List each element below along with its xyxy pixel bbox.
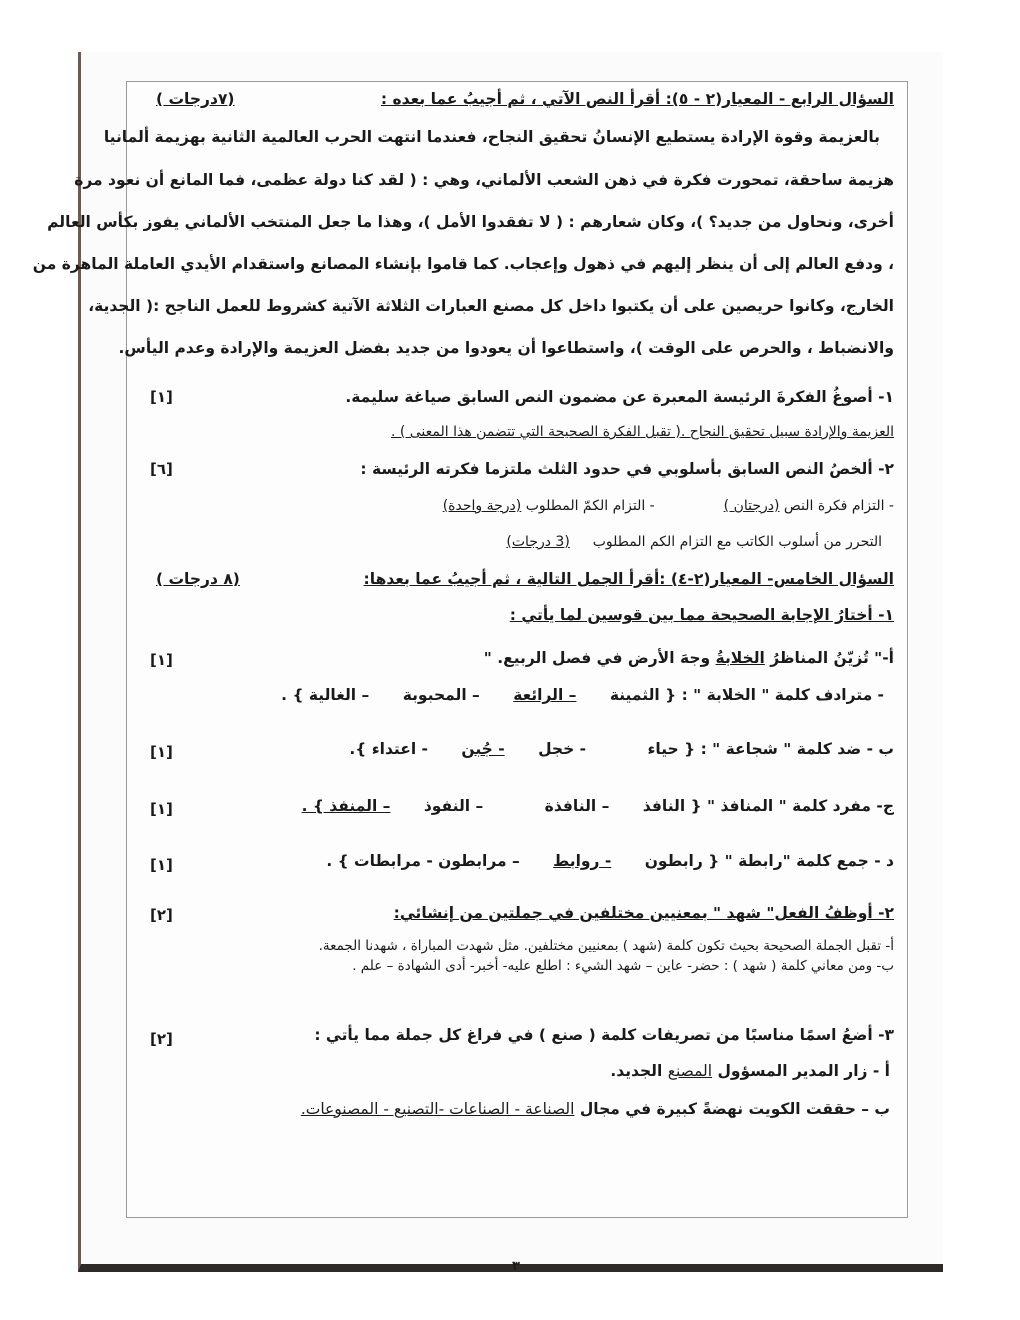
q5-degrees: (٨ درجات ) <box>156 570 240 588</box>
q5-item2-mark: [٢] <box>150 906 173 924</box>
passage-line-1: بالعزيمة وقوة الإرادة يستطيع الإنسانُ تح… <box>138 128 894 146</box>
option-correct: – المنفذ } . <box>302 797 391 815</box>
option: حياء <box>647 740 678 758</box>
q5-item1-b: ب - ضد كلمة " شجاعة " : { حياء - خجل - ج… <box>138 740 894 758</box>
option: – الغالية } . <box>281 686 369 704</box>
option: - خجل <box>538 740 586 758</box>
q4-item2-question: ٢- ألخصُ النص السابق بأسلوبي في حدود الث… <box>138 460 894 478</box>
option: - مرابطات } . <box>326 852 432 870</box>
options-label: ج- مفرد كلمة " المنافذ " { <box>691 797 894 815</box>
rubric-idea-label: - التزام فكرة النص <box>784 498 894 514</box>
sentence-pre: ب – حققت الكويت نهضةً كبيرة في مجال <box>574 1100 890 1118</box>
q4-item1-question: ١- أصوغُ الفكرةَ الرئيسة المعبرة عن مضمو… <box>138 388 894 406</box>
q5-item2-answer-a: أ- تقبل الجملة الصحيحة بحيث تكون كلمة (ش… <box>126 938 894 954</box>
q5-item1-d: د - جمع كلمة "رابطة " { رابطون - روابط –… <box>138 852 894 870</box>
q5-header: السؤال الخامس- المعيار(٢-٤) :أقرأ الجمل … <box>138 570 894 588</box>
answer-words: الصناعة - الصناعات -التصنيع - المصنوعات. <box>301 1100 575 1118</box>
q4-title: السؤال الرابع - المعيار(٢ - ٥): أقرأ الن… <box>381 90 894 108</box>
q5-title: السؤال الخامس- المعيار(٢-٤) :أقرأ الجمل … <box>364 570 894 588</box>
options-label: - مترادف كلمة " الخلابة " : { <box>665 686 884 704</box>
q5-item3-mark: [٢] <box>150 1030 173 1048</box>
q4-item2-rubric-row2: التحرر من أسلوب الكاتب مع التزام الكم ال… <box>138 534 894 550</box>
option: الثمينة <box>610 686 660 704</box>
sentence-pre: أ-" تُزيّنُ المناظرُ <box>765 649 894 667</box>
rubric-style-value: (3 درجات) <box>506 534 569 550</box>
q4-degrees: (٧درجات ) <box>156 90 235 108</box>
q4-item2-rubric-row1: - التزام فكرة النص (درجتان ) - التزام ال… <box>138 498 894 514</box>
passage-line-5: الخارج، وكانوا حريصين على أن يكتبوا داخل… <box>138 297 894 315</box>
q5-item1-a-options: - مترادف كلمة " الخلابة " : { الثمينة – … <box>138 686 894 704</box>
option: – النفوذ <box>424 797 483 815</box>
option-correct: - جُبن <box>461 740 504 758</box>
q5-item1-a-sentence: أ-" تُزيّنُ المناظرُ الخلابةُ وجهَ الأرض… <box>138 649 894 667</box>
page-number: ٣ <box>138 1259 894 1274</box>
option: – مرابطون <box>438 852 520 870</box>
sentence-post: الجديد. <box>610 1062 667 1080</box>
passage-line-4: ، ودفع العالم إلى أن ينظر إليهم في ذهول … <box>138 255 894 273</box>
option: النافذ <box>643 797 685 815</box>
sentence-pre: أ - زار المدير المسؤول <box>712 1062 890 1080</box>
passage-line-2: هزيمة ساحقة، تمحورت فكرة في ذهن الشعب ال… <box>138 171 894 189</box>
passage-line-6: والانضباط ، والحرص على الوقت )، واستطاعو… <box>138 339 894 357</box>
option: – المحبوبة <box>403 686 480 704</box>
passage-line-3: أخرى، ونحاول من جديد؟ )، وكان شعارهم : (… <box>138 213 894 231</box>
q5-item1-b-mark: [١] <box>150 743 173 761</box>
answer-word: المصنع <box>668 1062 712 1080</box>
option: – النافذة <box>545 797 610 815</box>
q5-item3-question: ٣- أضعُ اسمًا مناسبًا من تصريفات كلمة ( … <box>138 1026 894 1044</box>
q5-item1-c-mark: [١] <box>150 800 173 818</box>
q4-item1-answer: العزيمة والإرادة سبيل تحقيق النجاح .( تق… <box>138 424 894 440</box>
options-label: ب - ضد كلمة " شجاعة " : { <box>684 740 894 758</box>
rubric-style-label: التحرر من أسلوب الكاتب مع التزام الكم ال… <box>593 534 882 550</box>
rubric-length-value: (درجة واحدة) <box>443 498 522 514</box>
q5-item2-question: ٢- أوظفُ الفعل" شهد " بمعنيين مختلفين في… <box>138 904 894 922</box>
q4-item2-mark: [٦] <box>150 460 173 478</box>
q5-item1-c: ج- مفرد كلمة " المنافذ " { النافذ – النا… <box>138 797 894 815</box>
sentence-keyword: الخلابةُ <box>716 649 765 667</box>
q5-item2-answer-b: ب- ومن معاني كلمة ( شهد ) : حضر- عاين – … <box>138 958 894 974</box>
option-correct: - روابط <box>553 852 611 870</box>
q5-item1-a-mark: [١] <box>150 651 173 669</box>
option: رابطون <box>645 852 703 870</box>
rubric-length-label: - التزام الكمّ المطلوب <box>526 498 655 514</box>
q4-header: السؤال الرابع - المعيار(٢ - ٥): أقرأ الن… <box>138 90 894 108</box>
q5-item1-heading: ١- أختارُ الإجابة الصحيحة مما بين قوسين … <box>138 606 894 624</box>
rubric-idea-value: (درجتان ) <box>724 498 780 514</box>
sentence-post: وجهَ الأرض في فصل الربيع. " <box>484 649 716 667</box>
q5-item1-d-mark: [١] <box>150 856 173 874</box>
q5-item3-b: ب – حققت الكويت نهضةً كبيرة في مجال الصن… <box>138 1100 894 1118</box>
q5-item3-a: أ - زار المدير المسؤول المصنع الجديد. <box>138 1062 894 1080</box>
option-correct: – الرائعة <box>513 686 576 704</box>
q4-item1-mark: [١] <box>150 388 173 406</box>
options-label: د - جمع كلمة "رابطة " { <box>708 852 894 870</box>
option: - اعتداء }. <box>349 740 428 758</box>
